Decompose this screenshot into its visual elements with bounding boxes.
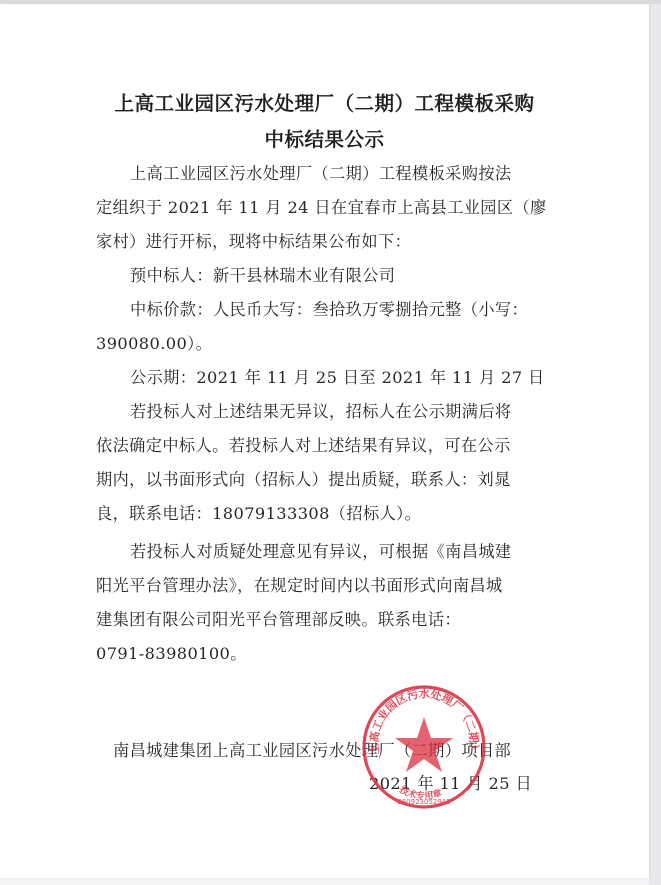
appeal-line-3: 建集团有限公司阳光平台管理部反映。联系电话： — [96, 606, 461, 630]
winner-line: 预中标人：新干县林瑞木业有限公司 — [130, 262, 395, 286]
appeal-line-4: 0791-83980100。 — [96, 640, 247, 664]
star-icon — [395, 717, 453, 772]
document-title-line-2: 中标结果公示 — [0, 124, 649, 152]
objection-line-4: 良，联系电话：18079133308（招标人）。 — [96, 500, 421, 524]
paragraph-intro-line-2: 定组织于 2021 年 11 月 24 日在宜春市上高县工业园区（廖 — [96, 194, 547, 218]
objection-line-3: 期内，以书面形式向（招标人）提出质疑，联系人：刘晁 — [96, 466, 511, 490]
document-title-line-1: 上高工业园区污水处理厂（二期）工程模板采购 — [0, 88, 649, 116]
price-line-2: 390080.00）。 — [96, 330, 212, 354]
appeal-line-2: 阳光平台管理办法》，在规定时间内以书面形式向南昌城 — [96, 572, 503, 596]
objection-line-1: 若投标人对上述结果无异议，招标人在公示期满后将 — [130, 398, 512, 422]
price-line-1: 中标价款：人民币大写：叁拾玖万零捌拾元整（小写： — [130, 296, 528, 320]
viewer-scrollbar-gutter[interactable] — [649, 4, 661, 885]
appeal-line-1: 若投标人对质疑处理意见有异议，可根据《南昌城建 — [130, 538, 512, 562]
official-seal-stamp: 上高工业园区污水处理厂（二期）项目部 技术专用章 360923052945 — [360, 683, 488, 811]
paragraph-intro-line-3: 家村）进行开标，现将中标结果公布如下： — [96, 228, 411, 252]
seal-number: 360923052945 — [397, 798, 450, 806]
publicity-period-line: 公示期：2021 年 11 月 25 日至 2021 年 11 月 27 日 — [130, 364, 545, 388]
objection-line-2: 依法确定中标人。若投标人对上述结果有异议，可在公示 — [96, 432, 511, 456]
paragraph-intro-line-1: 上高工业园区污水处理厂（二期）工程模板采购按法 — [130, 160, 512, 184]
